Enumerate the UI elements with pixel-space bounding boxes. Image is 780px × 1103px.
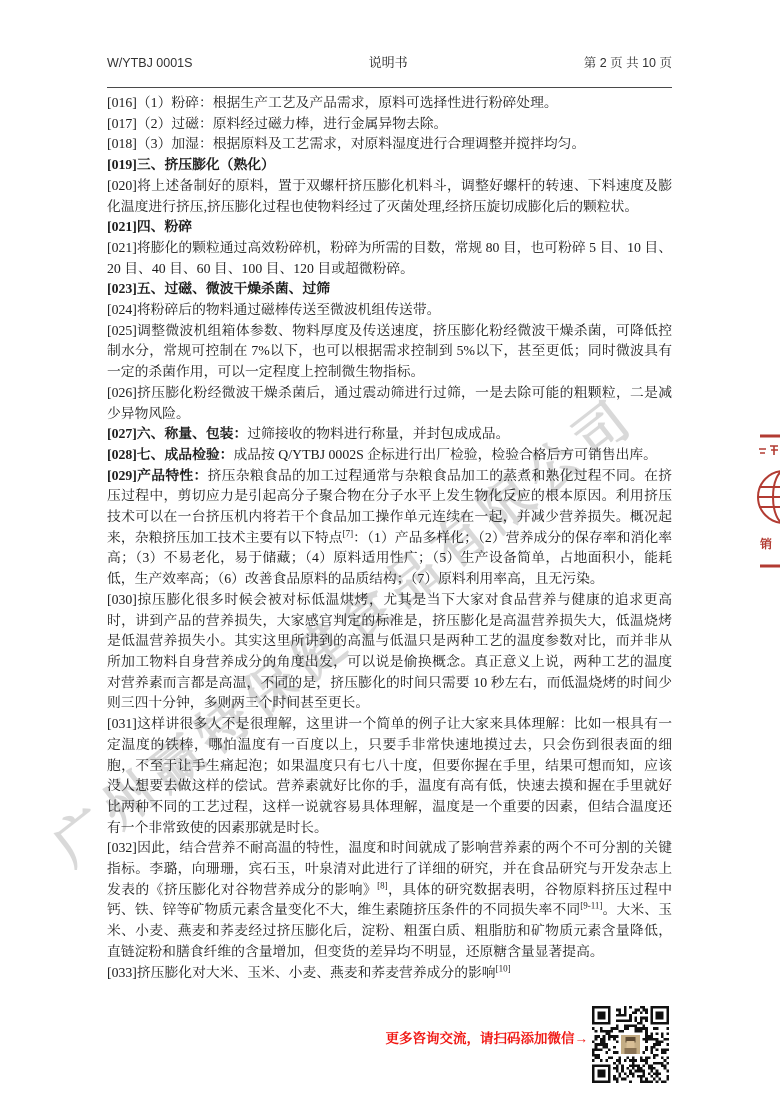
paragraph: [027]六、称量、包装：过筛接收的物料进行称量，并封包成成品。 [107, 424, 672, 445]
doc-title: 说明书 [369, 52, 408, 71]
paragraph: [031]这样讲很多人不是很理解，这里讲一个简单的例子让大家来具体理解：比如一根… [107, 714, 672, 838]
paragraph: [018]（3）加湿：根据原料及工艺需求，对原料湿度进行合理调整并搅拌均匀。 [107, 134, 672, 155]
header-divider [107, 87, 672, 88]
document-page: 广州赢特保健食品有限公司 W/YTBJ 0001S 说明书 第 2 页 共 10… [0, 0, 780, 1103]
section-heading: [023]五、过磁、微波干燥杀菌、过筛 [107, 279, 672, 300]
page-header: W/YTBJ 0001S 说明书 第 2 页 共 10 页 [107, 52, 672, 71]
paragraph: [025]调整微波机组箱体参数、物料厚度及传送速度，挤压膨化粉经微波干燥杀菌，可… [107, 321, 672, 383]
document-body: [016]（1）粉碎：根据生产工艺及产品需求，原料可选择性进行粉碎处理。[017… [107, 93, 672, 983]
paragraph: [033]挤压膨化对大米、玉米、小麦、燕麦和荞麦营养成分的影响[10] [107, 963, 672, 984]
paragraph: [026]挤压膨化粉经微波干燥杀菌后，通过震动筛进行过筛，一是去除可能的粗颗粒，… [107, 383, 672, 424]
paragraph: [029]产品特性：挤压杂粮食品的加工过程通常与杂粮食品加工的蒸煮和熟化过程不同… [107, 466, 672, 590]
wechat-qr-code-icon [592, 1006, 669, 1083]
paragraph: [017]（2）过磁：原料经过磁力棒，进行金属异物去除。 [107, 114, 672, 135]
paragraph: [020]将上述备制好的原料，置于双螺杆挤压膨化机料斗，调整好螺杆的转速、下料速… [107, 176, 672, 217]
page-number: 第 2 页 共 10 页 [584, 53, 672, 71]
paragraph: [021]将膨化的颗粒通过高效粉碎机，粉碎为所需的目数，常规 80 目，也可粉碎… [107, 238, 672, 279]
section-heading: [021]四、粉碎 [107, 217, 672, 238]
paragraph: [028]七、成品检验：成品按 Q/YTBJ 0002S 企标进行出厂检验，检验… [107, 445, 672, 466]
seal-graphic: 销 [758, 436, 780, 566]
section-heading: [019]三、挤压膨化（熟化） [107, 155, 672, 176]
globe-icon [758, 471, 780, 523]
qr-center-avatar [620, 1034, 641, 1055]
red-seal-partial: 销 [753, 433, 780, 571]
seal-char: 销 [760, 536, 772, 551]
doc-code: W/YTBJ 0001S [107, 56, 192, 70]
paragraph: [032]因此，结合营养不耐高温的特性，温度和时间就成了影响营养素的两个不可分割… [107, 838, 672, 962]
paragraph: [024]将粉碎后的物料通过磁棒传送至微波机组传送带。 [107, 300, 672, 321]
wechat-cta-text: 更多咨询交流，请扫码添加微信→ [386, 1027, 589, 1047]
paragraph: [016]（1）粉碎：根据生产工艺及产品需求，原料可选择性进行粉碎处理。 [107, 93, 672, 114]
page-footer: 更多咨询交流，请扫码添加微信→ [386, 1006, 670, 1083]
paragraph: [030]掠压膨化很多时候会被对标低温烘烤，尤其是当下大家对食品营养与健康的追求… [107, 590, 672, 714]
